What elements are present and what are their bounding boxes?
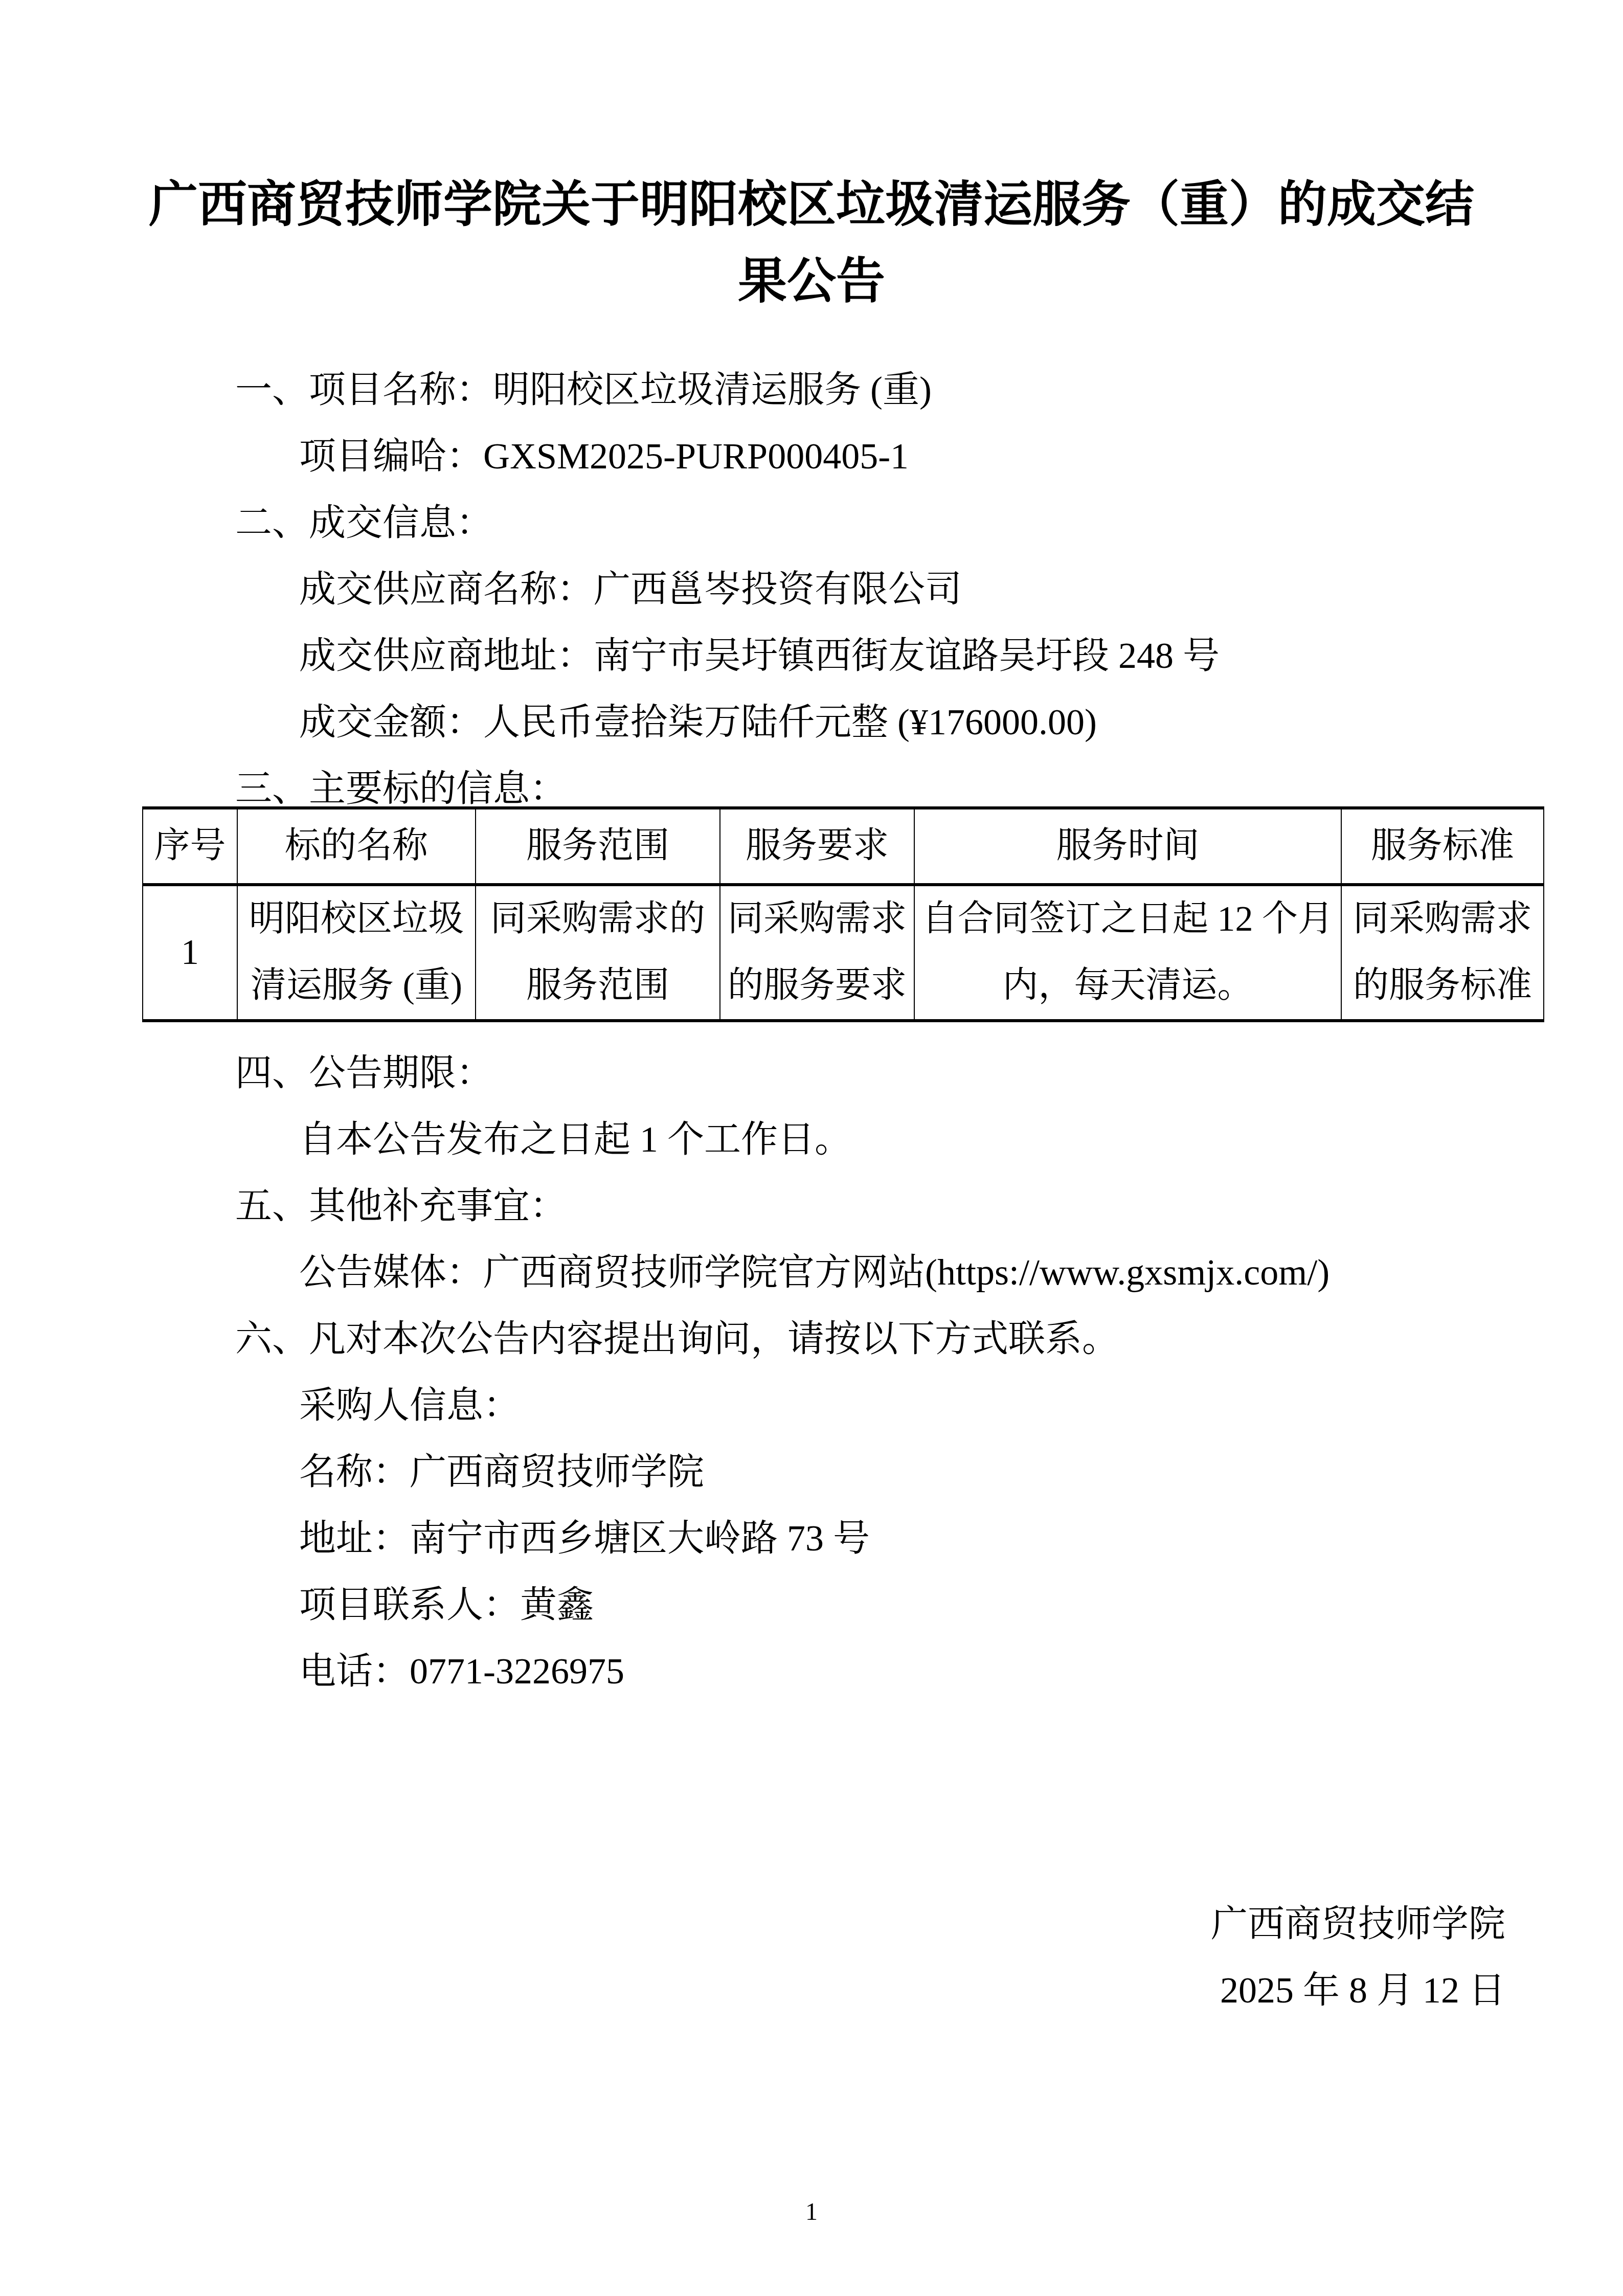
col-header-seq: 序号: [143, 808, 237, 885]
section-5-heading: 五、其他补充事宜：: [235, 1173, 1505, 1239]
body-text-after-table: 四、公告期限： 自本公告发布之日起 1 个工作日。 五、其他补充事宜： 公告媒体…: [235, 1040, 1505, 1704]
col-header-service-time: 服务时间: [914, 808, 1341, 885]
project-contact: 项目联系人：黄鑫: [235, 1571, 1505, 1638]
cell-service-standard: 同采购需求的服务标准: [1341, 885, 1544, 1021]
col-header-service-requirement: 服务要求: [720, 808, 914, 885]
supplier-name: 成交供应商名称：广西邕岑投资有限公司: [235, 556, 1505, 622]
body-text-before-table: 一、项目名称：明阳校区垃圾清运服务 (重) 项目编哈：GXSM2025-PURP…: [235, 356, 1505, 1022]
purchaser-info-label: 采购人信息：: [235, 1372, 1505, 1438]
section-1-project-name: 一、项目名称：明阳校区垃圾清运服务 (重): [235, 356, 1505, 423]
contact-phone: 电话：0771-3226975: [235, 1638, 1505, 1704]
col-header-service-standard: 服务标准: [1341, 808, 1544, 885]
section-4-heading: 四、公告期限：: [235, 1040, 1505, 1106]
purchaser-address: 地址：南宁市西乡塘区大岭路 73 号: [235, 1505, 1505, 1571]
table-header-row: 序号 标的名称 服务范围 服务要求 服务时间 服务标准: [143, 808, 1544, 885]
cell-service-scope: 同采购需求的服务范围: [476, 885, 720, 1021]
cell-service-time: 自合同签订之日起 12 个月内，每天清运。: [914, 885, 1341, 1021]
announcement-period: 自本公告发布之日起 1 个工作日。: [235, 1106, 1505, 1173]
bid-info-table: 序号 标的名称 服务范围 服务要求 服务时间 服务标准 1 明阳校区垃圾清运服务…: [142, 806, 1544, 1022]
purchaser-name: 名称：广西商贸技师学院: [235, 1438, 1505, 1505]
page-number: 1: [0, 2197, 1623, 2227]
signature-date: 2025 年 8 月 12 日: [0, 1957, 1505, 2023]
signature-block: 广西商贸技师学院 2025 年 8 月 12 日: [0, 1890, 1623, 2023]
table-row: 1 明阳校区垃圾清运服务 (重) 同采购需求的服务范围 同采购需求的服务要求 自…: [143, 885, 1544, 1021]
cell-service-requirement: 同采购需求的服务要求: [720, 885, 914, 1021]
cell-subject-name: 明阳校区垃圾清运服务 (重): [237, 885, 476, 1021]
page-title: 广西商贸技师学院关于明阳校区垃圾清运服务（重）的成交结果公告: [131, 166, 1492, 320]
announcement-media: 公告媒体：广西商贸技师学院官方网站(https://www.gxsmjx.com…: [235, 1239, 1505, 1305]
supplier-address: 成交供应商地址：南宁市吴圩镇西街友谊路吴圩段 248 号: [235, 622, 1505, 689]
document-page: { "document": { "title": "广西商贸技师学院关于明阳校区…: [0, 0, 1623, 2296]
section-2-heading: 二、成交信息：: [235, 489, 1505, 556]
project-code: 项目编哈：GXSM2025-PURP000405-1: [235, 423, 1505, 489]
deal-amount: 成交金额：人民币壹拾柒万陆仟元整 (¥176000.00): [235, 689, 1505, 755]
section-6-heading: 六、凡对本次公告内容提出询问，请按以下方式联系。: [235, 1305, 1505, 1372]
cell-seq: 1: [143, 885, 237, 1021]
signature-org: 广西商贸技师学院: [0, 1890, 1505, 1957]
